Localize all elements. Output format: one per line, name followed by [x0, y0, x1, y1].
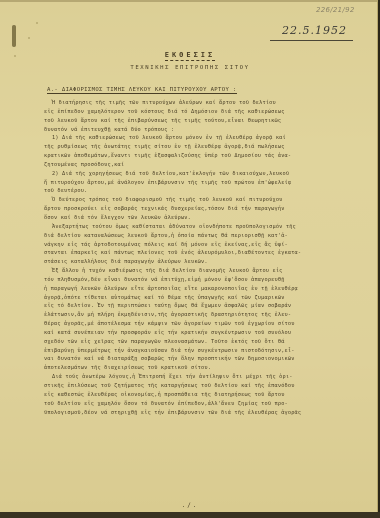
text-line: θέρας ἀγορᾶς,μέ ἀποτέλεσμα τήν κάμψιν τῶ… [44, 320, 340, 329]
handwritten-date: 22.5.1952 [282, 24, 347, 37]
document-subtitle: ΤΕΧΝΙΚΗΣ ΕΠΙΤΡΟΠΗΣ ΣΙΤΟΥ [0, 65, 378, 71]
document-page: 226/21/92 22.5.1952 ΕΚΘΕΣΙΣ ΤΕΧΝΙΚΗΣ ΕΠΙ… [0, 0, 378, 512]
text-line: 1) Διά τῆς καθιερώσεως τοῦ λευκοῦ ἄρτου … [44, 134, 340, 143]
text-line: σχεδόν τῶν εἰς χεῖρας τῶν παραγωγῶν πλεο… [44, 338, 340, 347]
paper-top-edge [0, 0, 378, 2]
continuation-mark: ./. [0, 502, 378, 509]
text-line: τοῦ λευκοῦ ἄρτου καί τῆς ἐπιβαρύνσεως τῆ… [44, 117, 340, 126]
text-line: ὅσον καί διά τόν ἔλεγχον τῶν λευκῶν ἀλεύ… [44, 214, 340, 223]
text-line: ἐλάττωσιν,ἄν μή πλήρη ἐκμηδένισιν,τῆς ἀγ… [44, 311, 340, 320]
text-line: στανται ἐπαρκεῖς καί πάντως πλείονες τοῦ… [44, 249, 340, 258]
text-line: τοῦ δελτίου εἰς χαμηλόν ὅσον τό δυνατόν … [44, 400, 340, 409]
text-line: Διά τούς ἀνωτέρω λόγους,ἡ Ἐπιτροπή ἔχει … [44, 373, 340, 382]
text-line: ἀποτελεσμάτων τῆς διαχειρίσεως τοῦ κρατι… [44, 364, 340, 373]
text-line: τῆς ρυθμίσεως τῆς ἀνωτάτης τιμῆς σίτου ἐ… [44, 143, 340, 152]
text-line: κρατικῶν ἀποθεμάτων,ἔναντι τιμῆς ἐξασφαλ… [44, 152, 340, 161]
text-line: τόν πληθυσμόν,δέν εἶναι δυνατόν νά ἐπιτύ… [44, 276, 340, 285]
text-line: Ὁ δεύτερος τρόπος τοῦ διαφορισμοῦ τῆς τι… [44, 196, 340, 205]
document-title: ΕΚΘΕΣΙΣ [0, 51, 378, 59]
text-line: διά δελτίου καταναλώσεως λευκοῦ ἄρτου,ἡ … [44, 232, 340, 241]
paper-stain [36, 22, 38, 24]
text-line: εἰς τό δελτίον. Ἐν τῇ περιπτώσει ταύτῃ ὅ… [44, 302, 340, 311]
text-line: ἀγορᾷ,ὁπότε τίθεται αὐτομάτως καί τό θέμ… [44, 294, 340, 303]
date-underline [270, 40, 353, 41]
document-title-text: ΕΚΘΕΣΙΣ [165, 51, 216, 61]
text-line: δυνατόν νά ἐπιτευχθῇ κατά δύο τρόπους : [44, 126, 340, 135]
text-line: ἄρτου προσκρούει εἰς σοβαράς τεχνικάς δυ… [44, 205, 340, 214]
text-line: ζητουμένας προσόδους,καί [44, 161, 340, 170]
text-line: ἤ πιτυρούχου ἄρτου,μέ ἀνάλογον ἐπιβάρυνσ… [44, 179, 340, 188]
paper-stain [28, 37, 30, 39]
archive-number: 226/21/92 [316, 6, 355, 14]
text-line: τοῦ δευτέρου. [44, 187, 340, 196]
text-line: εἰς ἐπίπεδον χαμηλότερον τοῦ κόστους διά… [44, 108, 340, 117]
text-line: Ἐξ ἄλλου ἡ τυχόν καθιέρωσις τῆς διά δελτ… [44, 267, 340, 276]
section-heading: Α.- ΔΙΑΦΟΡΙΣΜΟΣ ΤΙΜΗΣ ΛΕΥΚΟΥ ΚΑΙ ΠΙΤΥΡΟΥ… [47, 87, 237, 93]
text-line: 2) Διά τῆς χορηγήσεως διά τοῦ δελτίου,κα… [44, 170, 340, 179]
document-body: Ἡ διατήρησις τῆς τιμῆς τῶν πιτυρούχων ἀλ… [44, 99, 340, 417]
text-line: στικῆς ἐπιλύσεως τοῦ ζητήματος τῆς καταρ… [44, 382, 340, 391]
section-heading-text: Α.- ΔΙΑΦΟΡΙΣΜΟΣ ΤΙΜΗΣ ΛΕΥΚΟΥ ΚΑΙ ΠΙΤΥΡΟΥ… [47, 87, 237, 94]
text-line: καί κατά συνέπειαν τήν προσφοράν εἰς τήν… [44, 329, 340, 338]
text-line: Ἡ διατήρησις τῆς τιμῆς τῶν πιτυρούχων ἀλ… [44, 99, 340, 108]
text-line: ἐπιβαρύνῃ ὑπερμέτρως τήν ἀναγκαιοῦσαν δι… [44, 347, 340, 356]
text-line: Ἀνεξαρτήτως τούτου ὁμως καθίσταται ἀδύνα… [44, 223, 340, 232]
text-line: εἰς καθεστώς ἐλευθέρας οἰκονομίας,ἡ προσ… [44, 391, 340, 400]
text-line: στάσεις καταλλήλους διά παραγωγήν ἀλεύρω… [44, 258, 340, 267]
text-line: ϋπολογισμοῦ,δέον νά στηριχθῇ εἰς τήν ἐπι… [44, 409, 340, 418]
text-line: νάγκην εἰς τάς ἀρτοδοτουμένας πόλεις καί… [44, 241, 340, 250]
text-line: ναι δυνατόν καί νά διαταράξῃ σοβαρῶς τήν… [44, 355, 340, 364]
scan-bottom-edge [0, 512, 380, 518]
punch-hole-mark [12, 25, 16, 47]
text-line: ἡ παραγωγή λευκῶν ἀλεύρων εἴτε ἀρτοποιΐα… [44, 285, 340, 294]
